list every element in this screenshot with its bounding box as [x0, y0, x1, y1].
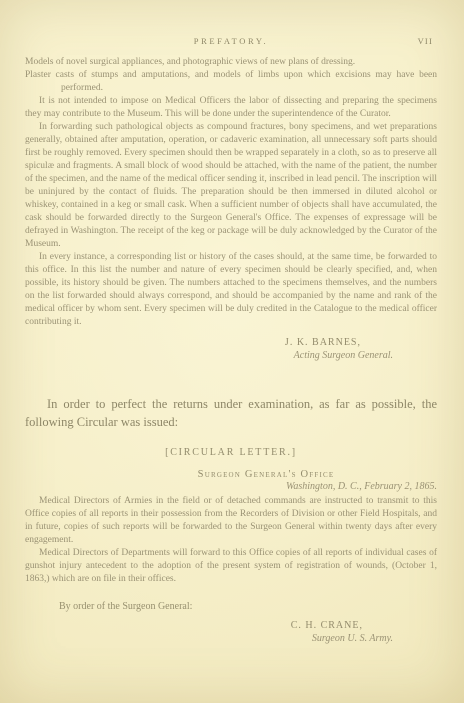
circular-letter-heading: [CIRCULAR LETTER.] — [25, 447, 437, 458]
body-text: Models of novel surgical appliances, and… — [25, 56, 437, 329]
signature-title: Surgeon U. S. Army. — [25, 632, 393, 645]
paragraph-list-history: In every instance, a corresponding list … — [25, 251, 437, 329]
scanned-book-page: PREFATORY. VII Models of novel surgical … — [0, 0, 464, 703]
list-item-plaster-casts: Plaster casts of stumps and amputations,… — [25, 69, 437, 95]
page-number: VII — [418, 36, 433, 46]
running-head-title: PREFATORY. — [194, 36, 268, 46]
letterhead-dateline: Washington, D. C., February 2, 1865. — [25, 481, 437, 492]
signature-title: Acting Surgeon General. — [25, 349, 393, 362]
signature-crane: C. H. CRANE, Surgeon U. S. Army. — [25, 619, 437, 645]
signature-barnes: J. K. BARNES, Acting Surgeon General. — [25, 336, 437, 362]
letterhead-office: Surgeon General's Office — [25, 469, 437, 480]
circular-paragraph-armies: Medical Directors of Armies in the field… — [25, 495, 437, 547]
circular-introduction: In order to perfect the returns under ex… — [25, 395, 437, 431]
paragraph-forwarding-instructions: In forwarding such pathological objects … — [25, 121, 437, 251]
circular-paragraph-departments: Medical Directors of Departments will fo… — [25, 547, 437, 586]
paragraph-specimens-museum: It is not intended to impose on Medical … — [25, 95, 437, 121]
signature-name: C. H. CRANE, — [25, 619, 363, 632]
list-item-models: Models of novel surgical appliances, and… — [25, 56, 437, 69]
circular-body: Medical Directors of Armies in the field… — [25, 495, 437, 586]
running-head: PREFATORY. VII — [25, 36, 437, 48]
closing-line: By order of the Surgeon General: — [25, 601, 437, 612]
signature-name: J. K. BARNES, — [25, 336, 361, 349]
